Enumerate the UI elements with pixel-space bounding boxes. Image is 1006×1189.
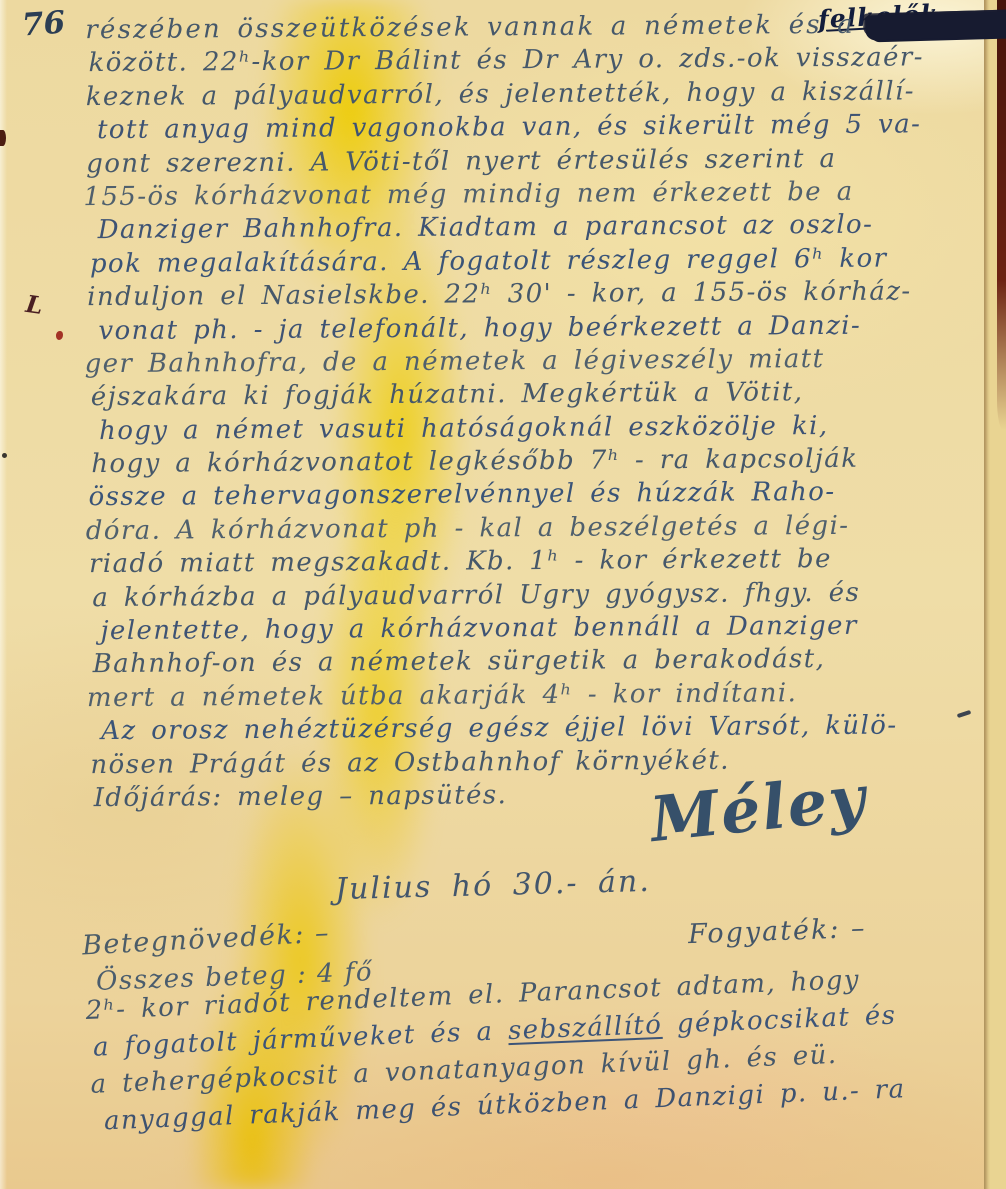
patient-increase-label: Betegnövedék: – [81, 918, 330, 962]
left-scan-edge [0, 0, 7, 1189]
entry-july-29-lines: között. 22ʰ-kor Dr Bálint és Dr Ary o. z… [85, 42, 995, 816]
underlined-word: sebszállító [507, 1010, 662, 1046]
margin-red-dot [56, 331, 63, 340]
page-number: 76 [21, 5, 67, 44]
left-edge-ink-blot [0, 130, 6, 146]
losses-label: Fogyaték: – [688, 913, 867, 950]
entry-july-29-text: részében összeütközések vannak a németek… [85, 9, 996, 817]
margin-check-mark: L [24, 289, 45, 320]
journal-page: 76 felkelők részében összeütközések vann… [0, 0, 1006, 1189]
date-heading: Julius hó 30.- án. [335, 864, 652, 907]
margin-ink-dot [2, 453, 7, 458]
binding-edge-strip [997, 0, 1006, 430]
line-first-text: részében összeütközések vannak a németek… [85, 10, 855, 45]
redacted-word-blackout [865, 11, 1006, 41]
